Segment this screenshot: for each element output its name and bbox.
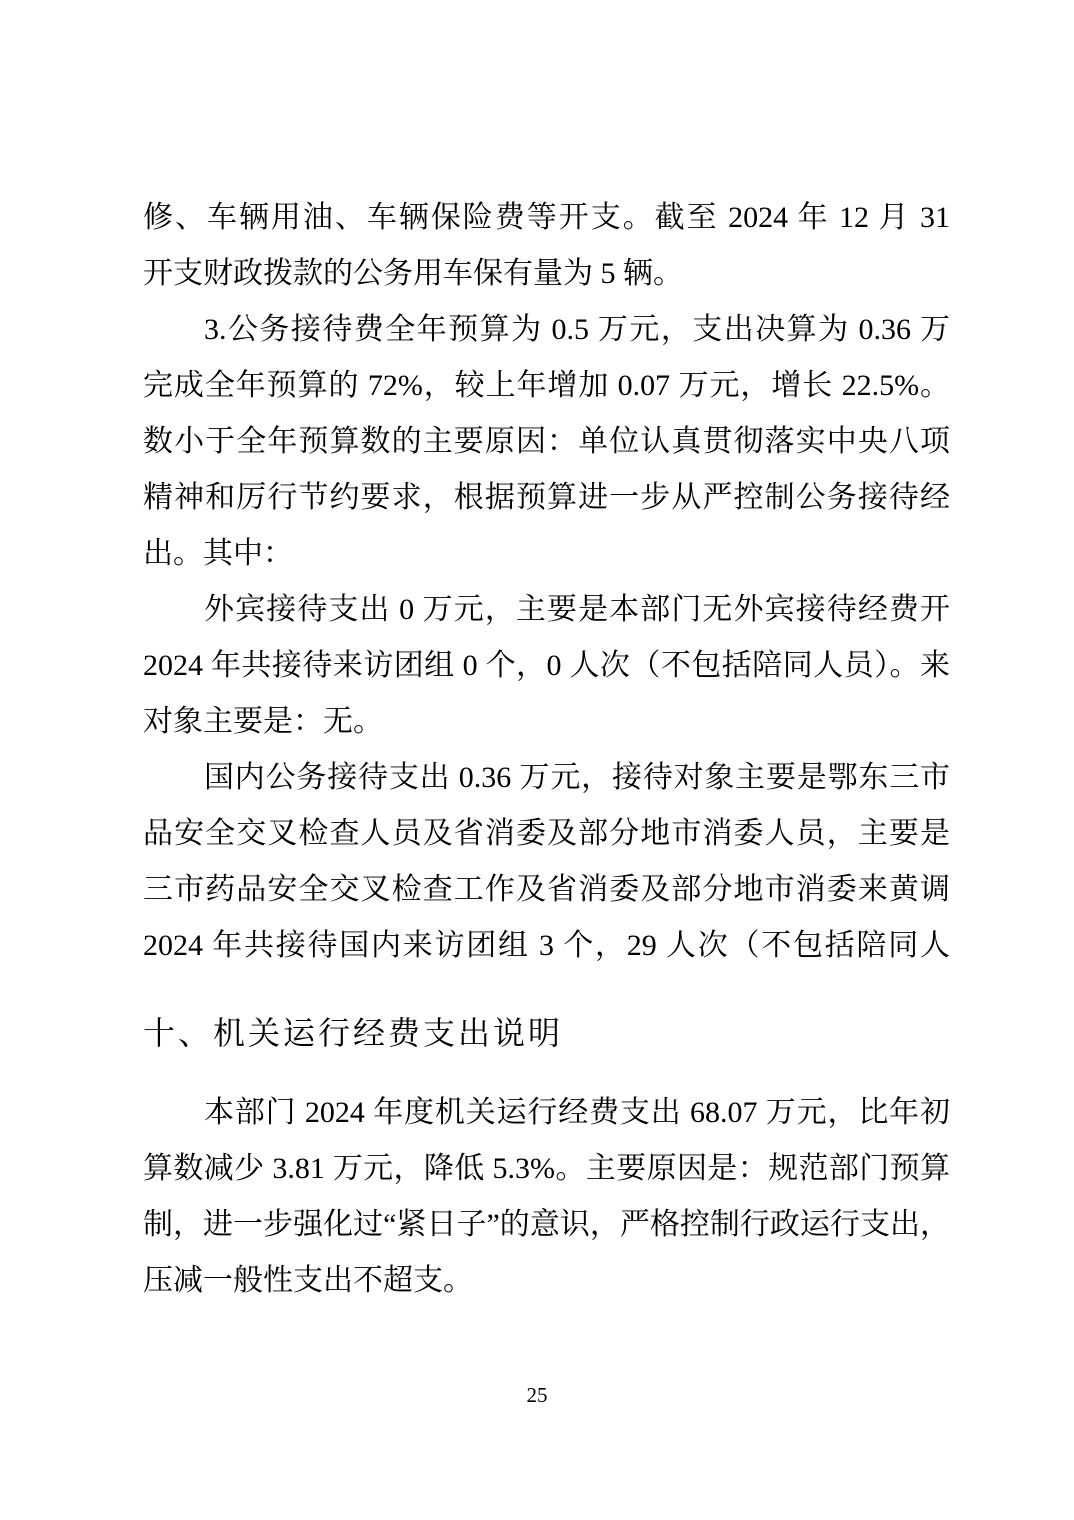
text-line: 压减一般性支出不超支。	[143, 1253, 950, 1309]
text-line: 修、车辆用油、车辆保险费等开支。截至 2024 年 12 月 31 日，	[143, 190, 950, 246]
text-line: 开支财政拨款的公务用车保有量为 5 辆。	[143, 246, 950, 302]
text-line: 2024 年共接待来访团组 0 个，0 人次（不包括陪同人员）。来访	[143, 638, 950, 694]
text-line: 三市药品安全交叉检查工作及省消委及部分地市消委来黄调研。	[143, 862, 950, 918]
page-number: 25	[0, 1383, 1074, 1407]
text-line: 制，进一步强化过“紧日子”的意识，严格控制行政运行支出，	[143, 1197, 950, 1253]
text-line: 完成全年预算的 72%，较上年增加 0.07 万元，增长 22.5%。决算	[143, 358, 950, 414]
document-body: 修、车辆用油、车辆保险费等开支。截至 2024 年 12 月 31 日， 开支财…	[143, 190, 950, 1309]
text-line: 精神和厉行节约要求，根据预算进一步从严控制公务接待经费支	[143, 470, 950, 526]
text-line: 对象主要是：无。	[143, 694, 950, 750]
text-line: 算数减少 3.81 万元，降低 5.3%。主要原因是：规范部门预算编	[143, 1141, 950, 1197]
document-page: 修、车辆用油、车辆保险费等开支。截至 2024 年 12 月 31 日， 开支财…	[0, 0, 1074, 1520]
text-line: 出。其中：	[143, 526, 950, 582]
text-line: 2024 年共接待国内来访团组 3 个，29 人次（不包括陪同人员）。	[143, 918, 950, 974]
text-line: 数小于全年预算数的主要原因：单位认真贯彻落实中央八项规定	[143, 414, 950, 470]
text-line: 本部门 2024 年度机关运行经费支出 68.07 万元，比年初预	[143, 1085, 950, 1141]
text-line: 国内公务接待支出 0.36 万元，接待对象主要是鄂东三市药	[143, 750, 950, 806]
text-line: 品安全交叉检查人员及省消委及部分地市消委人员，主要是鄂东	[143, 806, 950, 862]
text-line: 外宾接待支出 0 万元，主要是本部门无外宾接待经费开支。	[143, 582, 950, 638]
text-line: 3.公务接待费全年预算为 0.5 万元，支出决算为 0.36 万元，	[143, 302, 950, 358]
section-heading: 十、机关运行经费支出说明	[143, 1005, 950, 1061]
